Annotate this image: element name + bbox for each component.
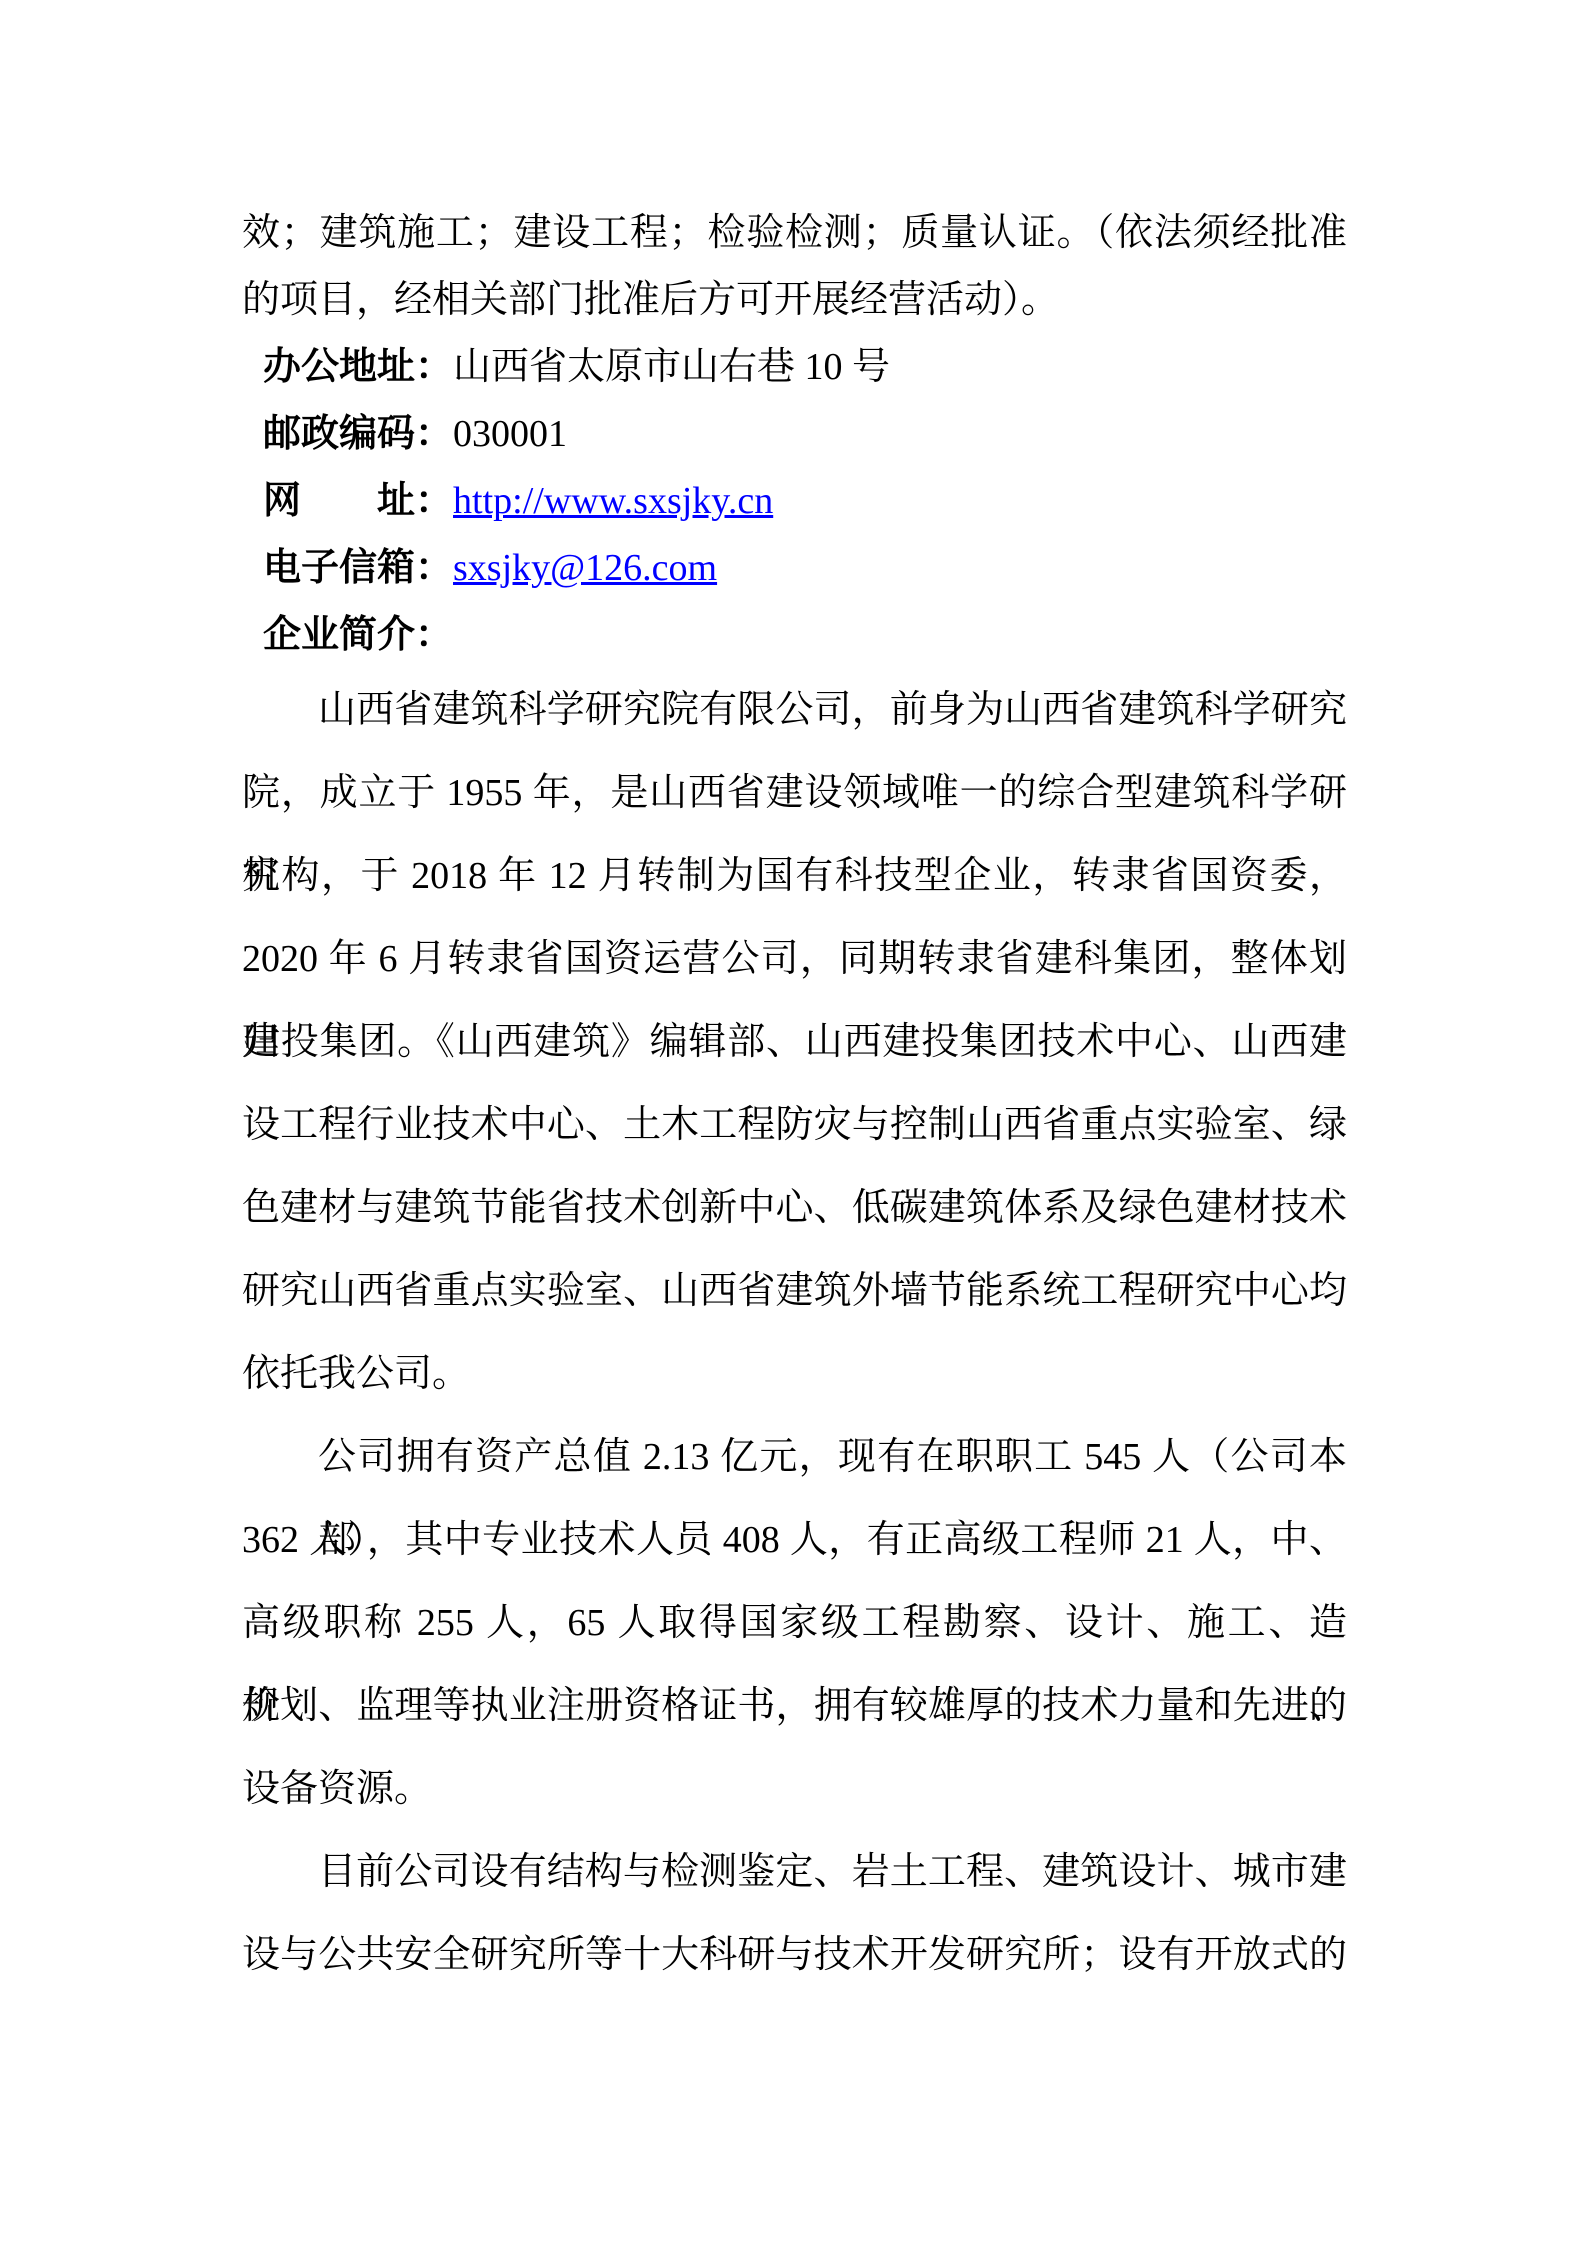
email-label: 电子信箱： bbox=[263, 547, 453, 589]
office-address-row: 办公地址：山西省太原市山右巷 10 号 bbox=[242, 334, 1347, 401]
profile-paragraph3-line: 目前公司设有结构与检测鉴定、岩土工程、建筑设计、城市建 bbox=[242, 1831, 1347, 1914]
profile-paragraph1-line: 2020 年 6 月转隶省国资运营公司，同期转隶省建科集团，整体划归 bbox=[242, 918, 1347, 1001]
postal-code-value: 030001 bbox=[453, 413, 567, 455]
website-label: 网 址： bbox=[263, 480, 453, 522]
paragraph-continuation-line: 的项目，经相关部门批准后方可开展经营活动）。 bbox=[242, 267, 1347, 334]
profile-paragraph1-line: 设工程行业技术中心、土木工程防灾与控制山西省重点实验室、绿 bbox=[242, 1084, 1347, 1167]
profile-paragraph1-line: 依托我公司。 bbox=[242, 1333, 1347, 1416]
profile-paragraph1-line: 研究山西省重点实验室、山西省建筑外墙节能系统工程研究中心均 bbox=[242, 1250, 1347, 1333]
profile-paragraph2-line: 362 人），其中专业技术人员 408 人，有正高级工程师 21 人，中、 bbox=[242, 1499, 1347, 1582]
document-content: 效；建筑施工；建设工程；检验检测；质量认证。（依法须经批准 的项目，经相关部门批… bbox=[242, 200, 1347, 1997]
profile-paragraph1-line: 建投集团。《山西建筑》编辑部、山西建投集团技术中心、山西建 bbox=[242, 1001, 1347, 1084]
postal-code-row: 邮政编码：030001 bbox=[242, 401, 1347, 468]
company-profile-heading: 企业简介： bbox=[242, 602, 1347, 669]
office-address-value: 山西省太原市山右巷 10 号 bbox=[453, 346, 890, 388]
document-page: 效；建筑施工；建设工程；检验检测；质量认证。（依法须经批准 的项目，经相关部门批… bbox=[0, 0, 1587, 2245]
profile-paragraph3-line: 设与公共安全研究所等十大科研与技术开发研究所；设有开放式的 bbox=[242, 1914, 1347, 1997]
email-row: 电子信箱：sxsjky@126.com bbox=[242, 535, 1347, 602]
profile-paragraph1-line: 院，成立于 1955 年，是山西省建设领域唯一的综合型建筑科学研究 bbox=[242, 752, 1347, 835]
profile-paragraph2-line: 规划、监理等执业注册资格证书，拥有较雄厚的技术力量和先进的 bbox=[242, 1665, 1347, 1748]
profile-paragraph1-line: 色建材与建筑节能省技术创新中心、低碳建筑体系及绿色建材技术 bbox=[242, 1167, 1347, 1250]
email-link[interactable]: sxsjky@126.com bbox=[453, 547, 717, 589]
company-profile-heading-label: 企业简介： bbox=[263, 614, 453, 656]
profile-paragraph2-line: 公司拥有资产总值 2.13 亿元，现有在职职工 545 人（公司本部 bbox=[242, 1416, 1347, 1499]
profile-paragraph1-line: 山西省建筑科学研究院有限公司，前身为山西省建筑科学研究 bbox=[242, 669, 1347, 752]
paragraph-continuation-line: 效；建筑施工；建设工程；检验检测；质量认证。（依法须经批准 bbox=[242, 200, 1347, 267]
postal-code-label: 邮政编码： bbox=[263, 413, 453, 455]
website-row: 网 址：http://www.sxsjky.cn bbox=[242, 468, 1347, 535]
website-link[interactable]: http://www.sxsjky.cn bbox=[453, 480, 773, 522]
office-address-label: 办公地址： bbox=[263, 346, 453, 388]
profile-paragraph1-line: 机构，于 2018 年 12 月转制为国有科技型企业，转隶省国资委， bbox=[242, 835, 1347, 918]
profile-paragraph2-line: 设备资源。 bbox=[242, 1748, 1347, 1831]
profile-paragraph2-line: 高级职称 255 人，65 人取得国家级工程勘察、设计、施工、造价、 bbox=[242, 1582, 1347, 1665]
